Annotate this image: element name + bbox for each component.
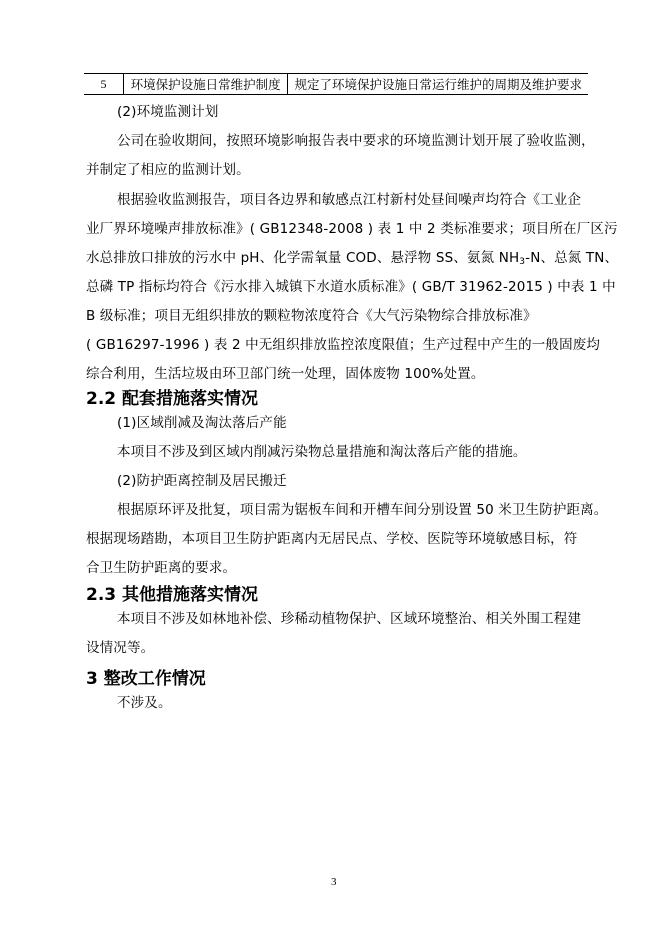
text-segment: -N、总氮 TN、 (525, 250, 618, 266)
paragraph-line: 根据验收监测报告，项目各边界和敏感点江村新村处昼间噪声均符合《工业企 (86, 186, 622, 216)
paragraph-line: 不涉及。 (86, 689, 622, 719)
subheading-reduction: (1)区域削减及淘汰落后产能 (86, 409, 622, 439)
document-page: 5 环境保护设施日常维护制度 规定了环境保护设施日常运行维护的周期及维护要求 (… (0, 0, 669, 947)
paragraph-line: ( GB16297-1996 ) 表 2 中无组织排放监控浓度限值；生产过程中产… (86, 331, 591, 361)
paragraph-line: 设情况等。 (86, 634, 591, 664)
paragraph-line: 业厂界环境噪声排放标准》( GB12348-2008 ) 表 1 中 2 类标准… (86, 215, 591, 245)
section-heading-2-3: 2.3 其他措施落实情况 (86, 580, 258, 605)
paragraph-line: 本项目不涉及到区域内削减污染物总量措施和淘汰落后产能的措施。 (86, 438, 622, 468)
row-name: 环境保护设施日常维护制度 (123, 74, 288, 95)
paragraph-line: 并制定了相应的监测计划。 (86, 156, 591, 186)
row-index: 5 (84, 74, 123, 95)
measures-table: 5 环境保护设施日常维护制度 规定了环境保护设施日常运行维护的周期及维护要求 (84, 73, 588, 95)
section-heading-3: 3 整改工作情况 (86, 664, 206, 689)
paragraph-line: B 级标准；项目无组织排放的颗粒物浓度符合《大气污染物综合排放标准》 (86, 302, 591, 332)
paragraph-line: 本项目不涉及如林地补偿、珍稀动植物保护、区域环境整治、相关外围工程建 (86, 605, 622, 635)
paragraph-line: 根据原环评及批复，项目需为锯板车间和开槽车间分别设置 50 米卫生防护距离。 (86, 496, 622, 526)
subheading-protection-distance: (2)防护距离控制及居民搬迁 (86, 467, 622, 497)
row-description: 规定了环境保护设施日常运行维护的周期及维护要求 (288, 74, 588, 95)
page-number: 3 (331, 876, 337, 888)
text-segment: 水总排放口排放的污水中 pH、化学需氧量 COD、悬浮物 SS、氨氮 NH (86, 250, 519, 266)
paragraph-line: 总磷 TP 指标均符合《污水排入城镇下水道水质标准》( GB/T 31962-2… (86, 273, 591, 303)
monitoring-subheading: (2)环境监测计划 (86, 98, 622, 128)
paragraph-line: 根据现场踏勘，本项目卫生防护距离内无居民点、学校、医院等环境敏感目标，符 (86, 525, 591, 555)
paragraph-line: 公司在验收期间，按照环境影响报告表中要求的环境监测计划开展了验收监测， (86, 127, 622, 157)
table-row: 5 环境保护设施日常维护制度 规定了环境保护设施日常运行维护的周期及维护要求 (84, 74, 588, 95)
section-heading-2-2: 2.2 配套措施落实情况 (86, 384, 258, 409)
